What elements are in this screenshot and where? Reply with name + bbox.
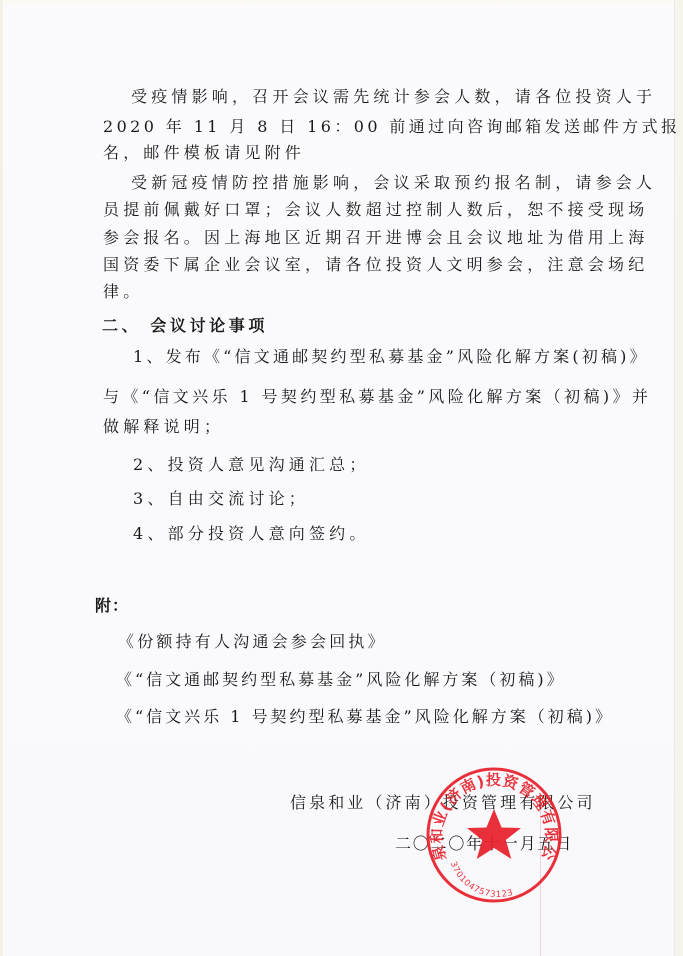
list-item-line: 做解释说明； [103,417,224,437]
attachment-item: 《“信文兴乐 1 号契约型私募基金”风险化解方案（初稿)》 [116,707,614,727]
list-item: 2、投资人意见沟通汇总； [133,455,370,475]
list-item: 4、部分投资人意向签约。 [133,524,370,544]
section-heading: 二、 会议讨论事项 [102,316,268,336]
attachments-label: 附： [95,596,129,616]
text-line: 国资委下属企业会议室，请各位投资人文明参会，注意会场纪 [103,255,648,275]
text-line: 律。 [103,282,143,302]
list-item-line: 与《“信文兴乐 1 号契约型私募基金”风险化解方案（初稿)》并 [103,387,651,407]
document-page: 受疫情影响，召开会议需先统计参会人数，请各位投资人于 2020 年 11 月 8… [0,0,683,956]
text-line: 名，邮件模板请见附件 [103,143,305,163]
attachment-item: 《“信文通邮契约型私募基金”风险化解方案（初稿)》 [116,670,566,690]
scan-edge-right [674,0,683,956]
star-icon [467,809,521,859]
scan-edge-left [0,0,3,956]
text-line: 参会报名。因上海地区近期召开进博会且会议地址为借用上海 [103,228,648,248]
official-seal: 信泉和业(济南)投资管理有限公司 3701047573123 [424,765,564,905]
seal-number: 3701047573123 [448,860,515,900]
text-line: 员提前佩戴好口罩；会议人数超过控制人数后，恕不接受现场 [103,200,648,220]
attachment-item: 《份额持有人沟通会参会回执》 [118,632,387,652]
text-line: 受疫情影响，召开会议需先统计参会人数，请各位投资人于 [131,87,656,107]
text-line: 2020 年 11 月 8 日 16：00 前通过向咨询邮箱发送邮件方式报 [103,117,680,137]
list-item-line: 1、发布《“信文通邮契约型私募基金”风险化解方案(初稿)》 [133,347,649,367]
list-item: 3、自由交流讨论； [133,489,309,509]
text-line: 受新冠疫情防控措施影响，会议采取预约报名制，请参会人 [131,173,656,193]
